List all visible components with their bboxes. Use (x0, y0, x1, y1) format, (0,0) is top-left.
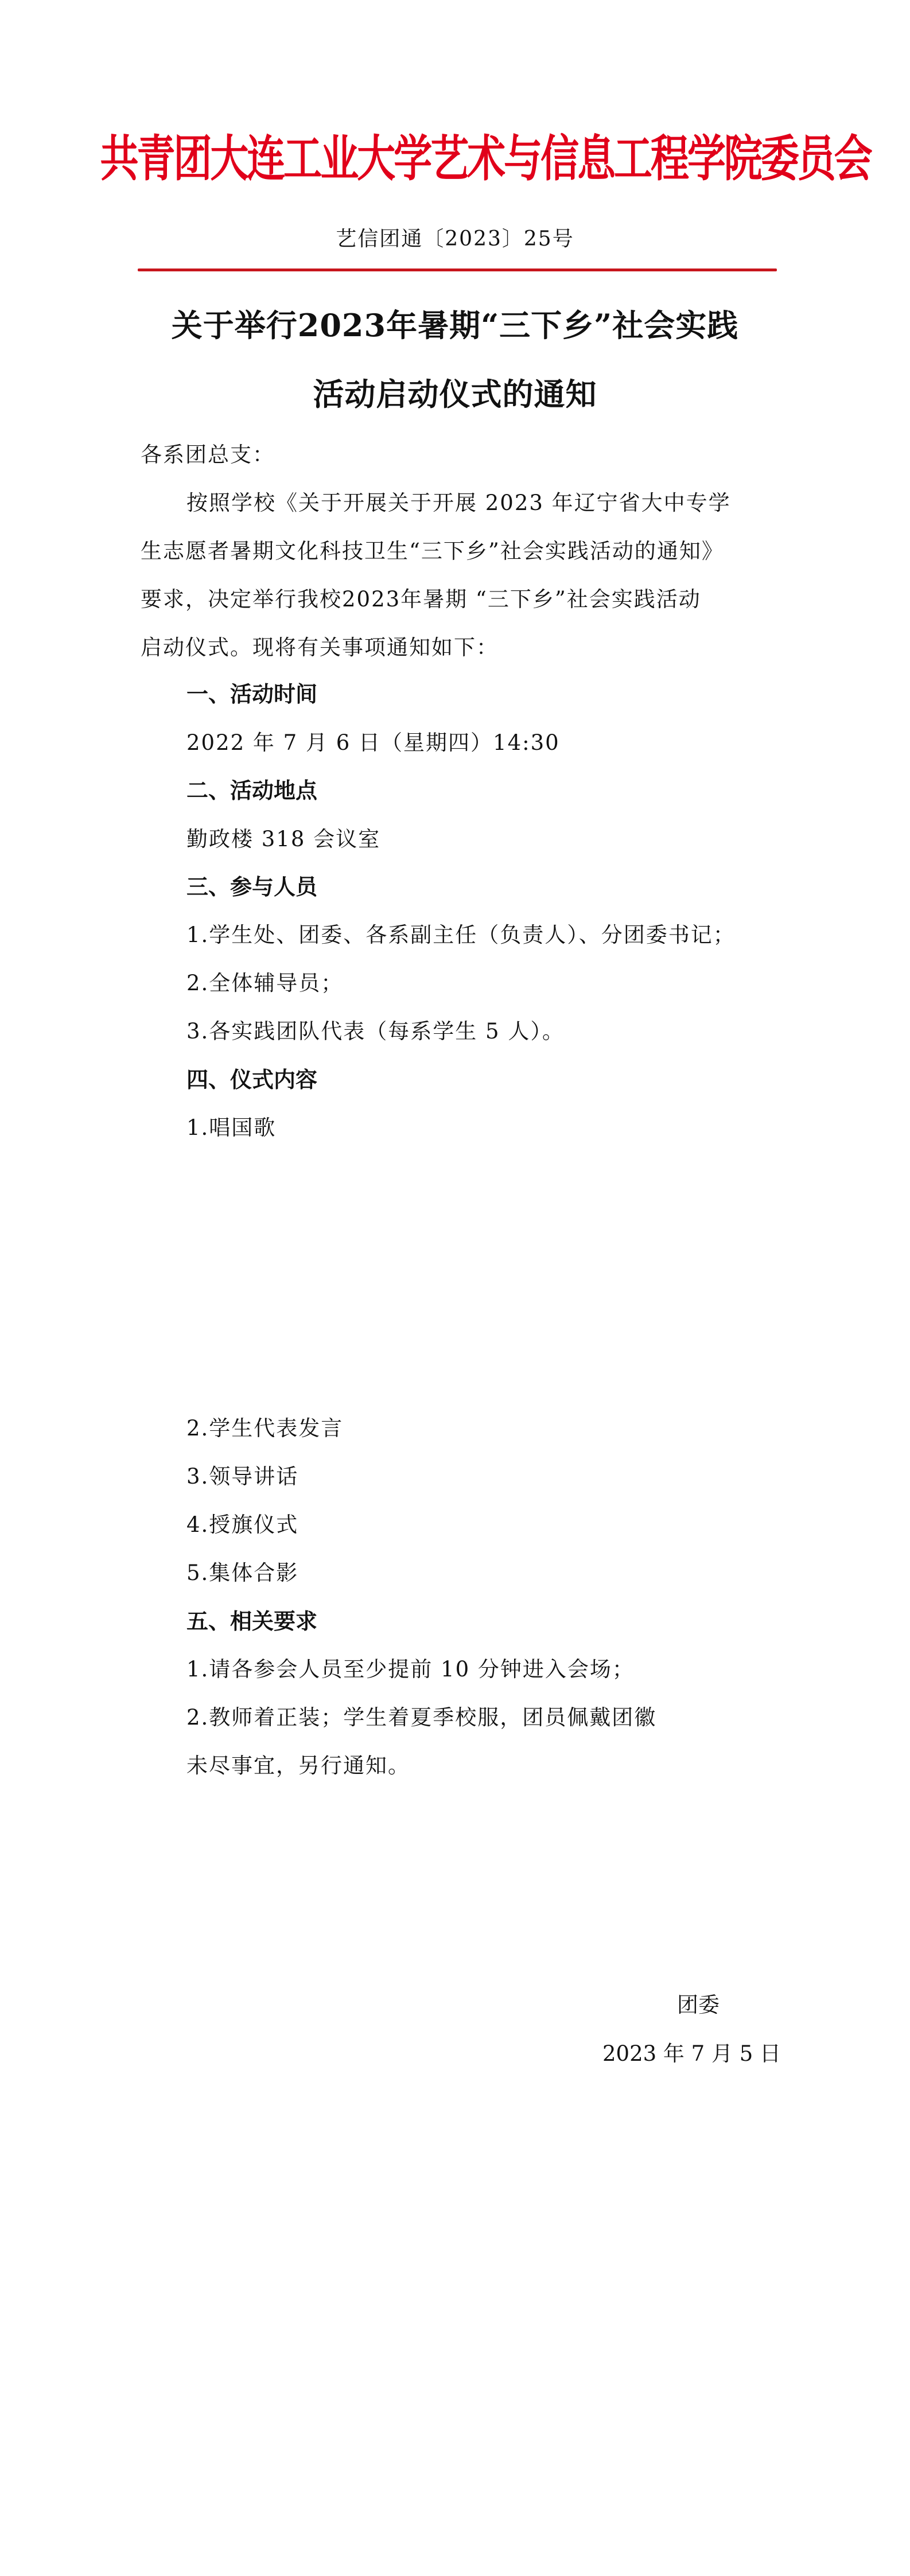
section-heading: 五、相关要求 (186, 1607, 317, 1636)
intro-line: 启动仪式。现将有关事项通知如下： (141, 633, 499, 662)
section-item: 1.唱国歌 (186, 1114, 276, 1142)
section-item: 5.集体合影 (186, 1559, 298, 1587)
section-heading: 三、参与人员 (186, 873, 317, 901)
section-item: 1.学生处、团委、各系副主任（负责人）、分团委书记； (186, 921, 736, 950)
masthead: 共青团大连工业大学艺术与信息工程学院委员会 (100, 127, 810, 190)
title-line-1: 关于举行2023年暑期“三下乡”社会实践 (0, 301, 910, 345)
intro-line: 按照学校《关于开展关于开展 2023 年辽宁省大中专学 (186, 489, 777, 517)
red-divider (138, 269, 777, 271)
section-heading: 一、活动时间 (186, 680, 317, 709)
title-line-2: 活动启动仪式的通知 (0, 370, 910, 414)
section-item: 2.学生代表发言 (186, 1414, 343, 1443)
section-item: 2.全体辅导员； (186, 969, 343, 998)
section-heading: 四、仪式内容 (186, 1065, 317, 1094)
signature-date: 2023 年 7 月 5 日 (602, 2040, 781, 2068)
salutation: 各系团总支： (141, 441, 275, 469)
closing-line: 未尽事宜，另行通知。 (186, 1752, 410, 1780)
section-item: 2022 年 7 月 6 日（星期四）14:30 (186, 729, 560, 757)
section-heading: 二、活动地点 (186, 776, 317, 805)
section-item: 勤政楼 318 会议室 (186, 825, 380, 854)
section-item: 2.教师着正装；学生着夏季校服，团员佩戴团徽 (186, 1703, 656, 1732)
section-item: 4.授旗仪式 (186, 1511, 298, 1539)
section-item: 3.领导讲话 (186, 1462, 298, 1491)
signature-org: 团委 (677, 1991, 720, 2019)
intro-line: 要求，决定举行我校2023年暑期 “三下乡”社会实践活动 (141, 585, 701, 614)
document-number: 艺信团通〔2023〕25号 (0, 223, 910, 252)
section-item: 3.各实践团队代表（每系学生 5 人）。 (186, 1017, 565, 1046)
section-item: 1.请各参会人员至少提前 10 分钟进入会场； (186, 1655, 635, 1684)
intro-line: 生志愿者暑期文化科技卫生“三下乡”社会实践活动的通知》 (141, 537, 724, 566)
